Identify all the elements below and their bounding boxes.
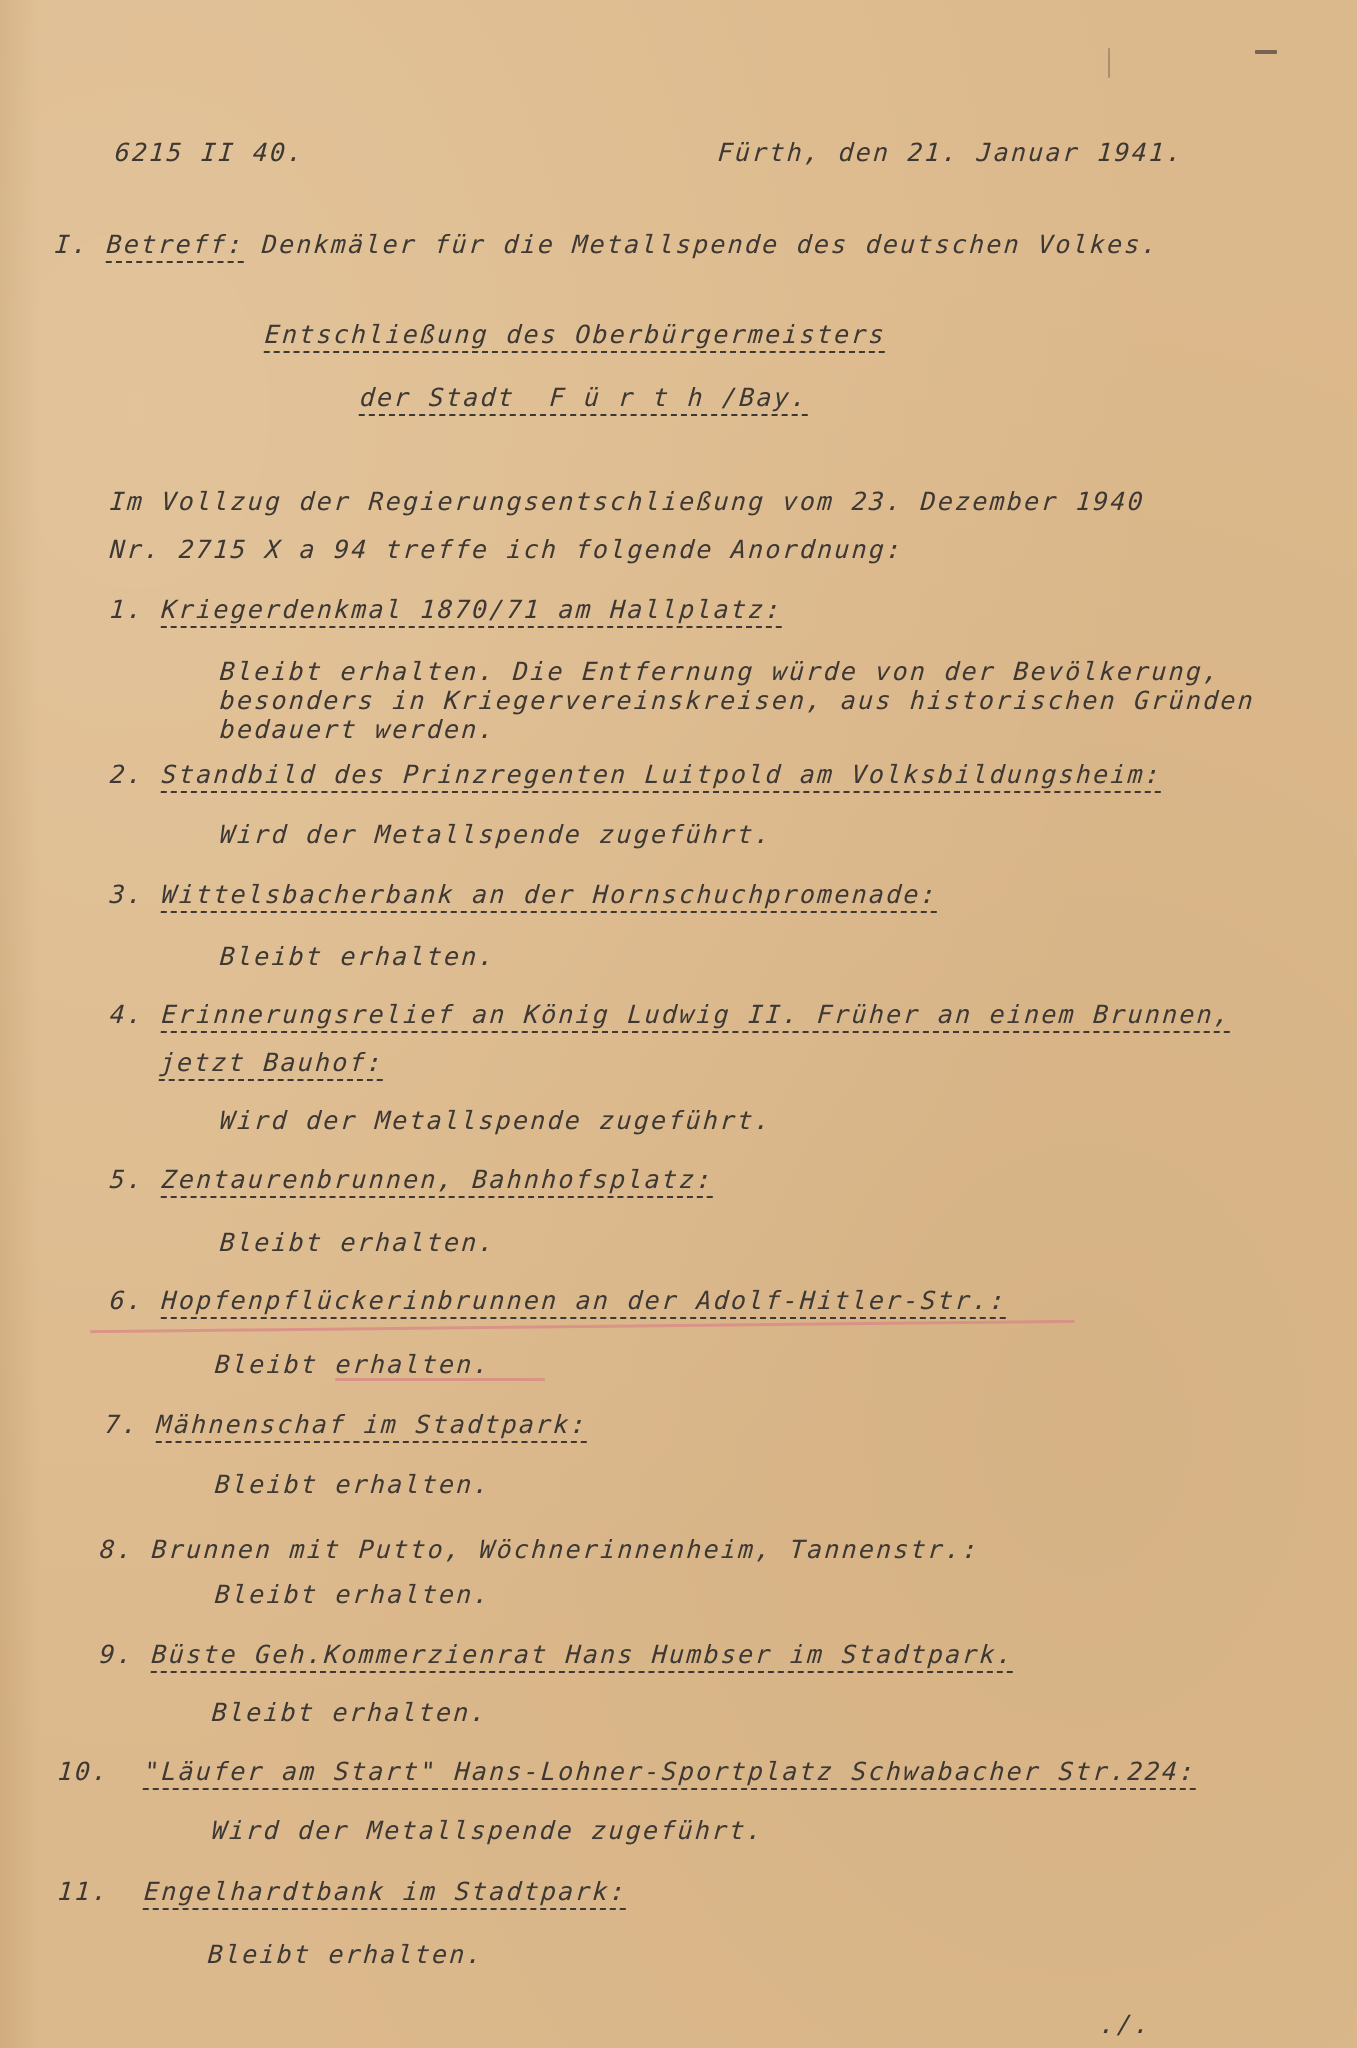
list-item-6-decision: Bleibt erhalten. [214, 1350, 492, 1379]
continuation-mark: ./. [1099, 2010, 1153, 2039]
list-item-8-decision: Bleibt erhalten. [214, 1580, 492, 1609]
document-page: 6215 II 40. Fürth, den 21. Januar 1941. … [0, 0, 1357, 2048]
list-item-2-title: 2. Standbild des Prinzregenten Luitpold … [109, 760, 1163, 789]
list-item-10-decision: Wird der Metallspende zugeführt. [211, 1816, 765, 1845]
list-item-4-decision: Wird der Metallspende zugeführt. [219, 1106, 773, 1135]
list-item-1-decision: besonders in Kriegervereinskreisen, aus … [219, 686, 1256, 715]
list-item-4-title: 4. Erinnerungsrelief an König Ludwig II.… [109, 1000, 1232, 1029]
list-item-5-title: 5. Zentaurenbrunnen, Bahnhofsplatz: [109, 1165, 715, 1194]
subject-prefix: I. [54, 230, 91, 259]
list-item-1-title: 1. Kriegerdenkmal 1870/71 am Hallplatz: [109, 595, 784, 624]
list-item-7-title: 7. Mähnenschaf im Stadtpark: [104, 1410, 589, 1439]
red-pencil-mark [90, 1320, 1075, 1333]
list-item-7-decision: Bleibt erhalten. [214, 1470, 492, 1499]
list-item-10-title: 10. "Läufer am Start" Hans-Lohner-Sportp… [57, 1757, 1198, 1786]
list-item-4-title-cont: jetzt Bauhof: [159, 1048, 385, 1077]
red-pencil-mark [335, 1378, 545, 1381]
list-item-11-title: 11. Engelhardtbank im Stadtpark: [57, 1877, 628, 1906]
list-item-3-decision: Bleibt erhalten. [219, 942, 497, 971]
intro-line2: Nr. 2715 X a 94 treffe ich folgende Anor… [109, 535, 905, 564]
place-date: Fürth, den 21. Januar 1941. [717, 138, 1185, 167]
ink-smudge [1255, 50, 1277, 54]
subject-label: Betreff: [105, 230, 245, 263]
subject-text: Denkmäler für die Metallspende des deuts… [261, 230, 1160, 259]
subject-line: I. Betreff: Denkmäler für die Metallspen… [54, 230, 1160, 259]
list-item-8-title: 8. Brunnen mit Putto, Wöchnerinnenheim, … [99, 1535, 981, 1564]
list-item-2-decision: Wird der Metallspende zugeführt. [219, 820, 773, 849]
list-item-9-decision: Bleibt erhalten. [211, 1698, 489, 1727]
file-number: 6215 II 40. [114, 138, 306, 167]
list-item-9-title: 9. Büste Geh.Kommerzienrat Hans Humbser … [99, 1640, 1015, 1669]
list-item-6-title: 6. Hopfenpflückerinbrunnen an der Adolf-… [109, 1286, 1008, 1315]
list-item-11-decision: Bleibt erhalten. [207, 1940, 485, 1969]
list-item-1-decision: Bleibt erhalten. Die Entfernung würde vo… [219, 657, 1222, 686]
list-item-3-title: 3. Wittelsbacherbank an der Hornschuchpr… [109, 880, 939, 909]
list-item-1-decision: bedauert werden. [219, 715, 497, 744]
document-title-line1: Entschließung des Oberbürgermeisters [264, 320, 887, 349]
document-title-line2: der Stadt F ü r t h /Bay. [359, 383, 810, 412]
intro-line1: Im Vollzug der Regierungsentschließung v… [109, 487, 1146, 516]
list-item-5-decision: Bleibt erhalten. [219, 1228, 497, 1257]
paper-mark [1108, 48, 1110, 78]
